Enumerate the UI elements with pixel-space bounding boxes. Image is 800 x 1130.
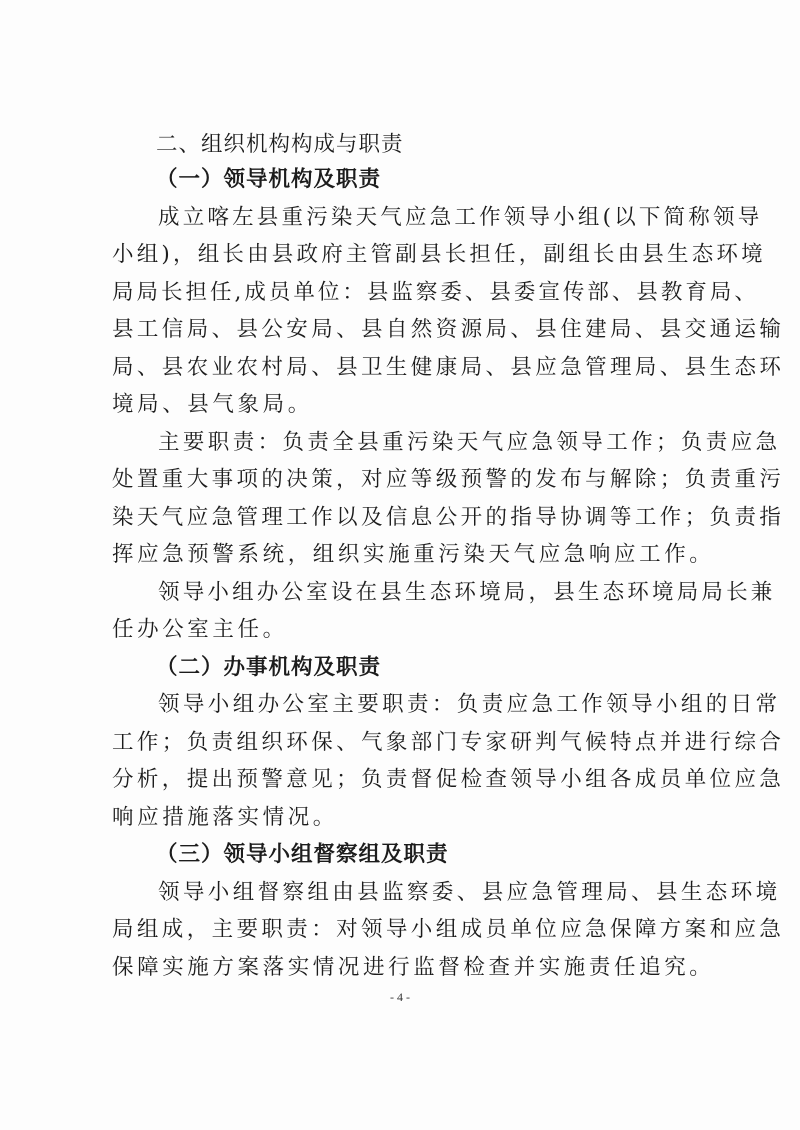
page-number: - 4 - — [0, 990, 800, 1005]
text-line: 领导小组办公室设在县生态环境局，县生态环境局局长兼 — [112, 574, 680, 612]
paragraph-office-duties: 领导小组办公室主要职责：负责应急工作领导小组的日常 工作；负责组织环保、气象部门… — [112, 686, 680, 836]
document-body: 二、组织机构构成与职责 （一）领导机构及职责 成立喀左县重污染天气应急工作领导小… — [112, 128, 680, 986]
paragraph-leadership-members: 成立喀左县重污染天气应急工作领导小组(以下简称领导 小组)，组长由县政府主管副县… — [112, 199, 680, 424]
text-line: 响应措施落实情况。 — [112, 799, 680, 837]
document-page: 二、组织机构构成与职责 （一）领导机构及职责 成立喀左县重污染天气应急工作领导小… — [0, 0, 800, 1130]
text-line: 局、县农业农村局、县卫生健康局、县应急管理局、县生态环 — [112, 349, 680, 387]
text-line: 县工信局、县公安局、县自然资源局、县住建局、县交通运输 — [112, 311, 680, 349]
text-line: 保障实施方案落实情况进行监督检查并实施责任追究。 — [112, 949, 680, 987]
text-line: 小组)，组长由县政府主管副县长担任，副组长由县生态环境 — [112, 236, 680, 274]
text-line: 染天气应急管理工作以及信息公开的指导协调等工作；负责指 — [112, 499, 680, 537]
subsection-heading-1: （一）领导机构及职责 — [112, 161, 680, 199]
paragraph-leadership-duties: 主要职责：负责全县重污染天气应急领导工作；负责应急 处置重大事项的决策，对应等级… — [112, 424, 680, 574]
paragraph-office-location: 领导小组办公室设在县生态环境局，县生态环境局局长兼 任办公室主任。 — [112, 574, 680, 649]
text-line: 工作；负责组织环保、气象部门专家研判气候特点并进行综合 — [112, 724, 680, 762]
subsection-heading-3: （三）领导小组督察组及职责 — [112, 836, 680, 874]
paragraph-inspection-group: 领导小组督察组由县监察委、县应急管理局、县生态环境 局组成，主要职责：对领导小组… — [112, 874, 680, 987]
text-line: 境局、县气象局。 — [112, 386, 680, 424]
section-title: 二、组织机构构成与职责 — [112, 128, 680, 161]
text-line: 分析，提出预警意见；负责督促检查领导小组各成员单位应急 — [112, 761, 680, 799]
text-line: 挥应急预警系统，组织实施重污染天气应急响应工作。 — [112, 536, 680, 574]
text-line: 局组成，主要职责：对领导小组成员单位应急保障方案和应急 — [112, 911, 680, 949]
text-line: 任办公室主任。 — [112, 611, 680, 649]
text-line: 主要职责：负责全县重污染天气应急领导工作；负责应急 — [112, 424, 680, 462]
text-line: 处置重大事项的决策，对应等级预警的发布与解除；负责重污 — [112, 461, 680, 499]
text-line: 成立喀左县重污染天气应急工作领导小组(以下简称领导 — [112, 199, 680, 237]
text-line: 领导小组办公室主要职责：负责应急工作领导小组的日常 — [112, 686, 680, 724]
subsection-heading-2: （二）办事机构及职责 — [112, 649, 680, 687]
text-line: 局局长担任,成员单位：县监察委、县委宣传部、县教育局、 — [112, 274, 680, 312]
text-line: 领导小组督察组由县监察委、县应急管理局、县生态环境 — [112, 874, 680, 912]
